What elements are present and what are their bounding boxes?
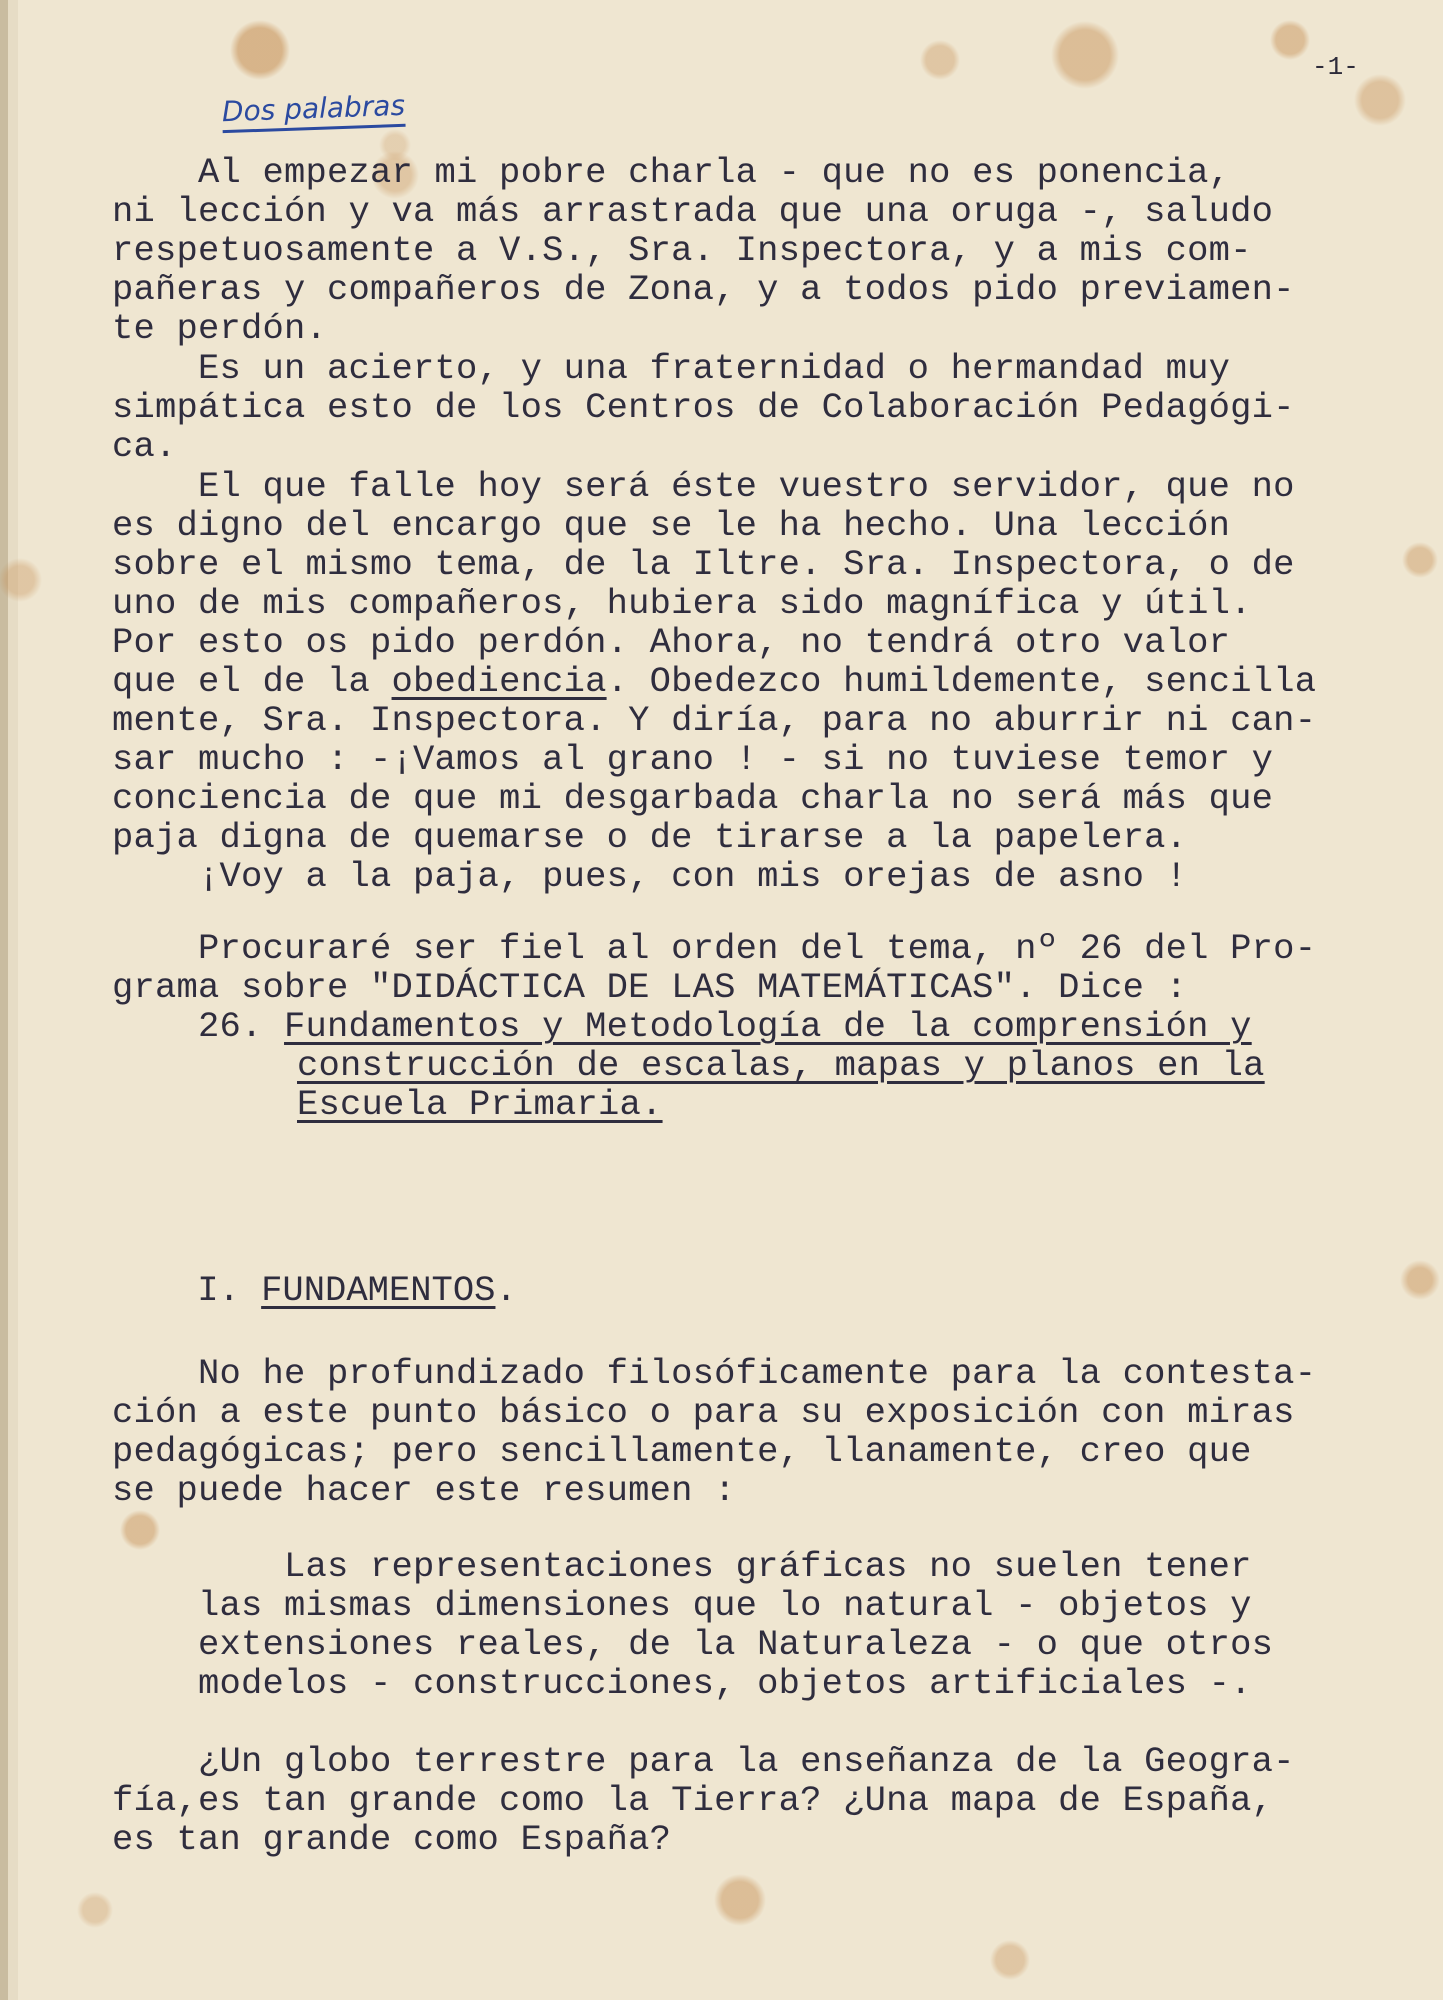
- text-line: conciencia de que mi desgarbada charla n…: [112, 780, 1273, 818]
- section-heading: I. FUNDAMENTOS.: [112, 1272, 517, 1310]
- text-line: uno de mis compañeros, hubiera sido magn…: [112, 585, 1252, 623]
- text-line: fía,es tan grande como la Tierra? ¿Una m…: [112, 1782, 1273, 1820]
- topic-title: Fundamentos y Metodología de la comprens…: [284, 1006, 1252, 1047]
- text-segment: que el de la: [112, 661, 392, 702]
- text-line: ción a este punto básico o para su expos…: [112, 1394, 1295, 1432]
- topic-title: construcción de escalas, mapas y planos …: [297, 1047, 1265, 1085]
- text-line: grama sobre "DIDÁCTICA DE LAS MATEMÁTICA…: [112, 969, 1187, 1007]
- text-line: paja digna de quemarse o de tirarse a la…: [112, 819, 1187, 857]
- text-line: ni lección y va más arrastrada que una o…: [112, 193, 1273, 231]
- text-line: ¿Un globo terrestre para la enseñanza de…: [112, 1743, 1295, 1781]
- text-line: Por esto os pido perdón. Ahora, no tendr…: [112, 624, 1230, 662]
- section-numeral: I.: [112, 1270, 261, 1311]
- text-line: pañeras y compañeros de Zona, y a todos …: [112, 271, 1295, 309]
- text-line: se puede hacer este resumen :: [112, 1472, 736, 1510]
- text-line: Al empezar mi pobre charla - que no es p…: [112, 154, 1230, 192]
- text-line: mente, Sra. Inspectora. Y diría, para no…: [112, 702, 1316, 740]
- text-line: simpática esto de los Centros de Colabor…: [112, 389, 1295, 427]
- text-line: sobre el mismo tema, de la Iltre. Sra. I…: [112, 546, 1295, 584]
- topic-line: 26. Fundamentos y Metodología de la comp…: [112, 1008, 1252, 1046]
- text-line: respetuosamente a V.S., Sra. Inspectora,…: [112, 232, 1252, 270]
- text-line: El que falle hoy será éste vuestro servi…: [112, 468, 1295, 506]
- text-line: que el de la obediencia. Obedezco humild…: [112, 663, 1316, 701]
- quote-line: las mismas dimensiones que lo natural - …: [112, 1587, 1252, 1625]
- text-line: pedagógicas; pero sencillamente, llaname…: [112, 1433, 1252, 1471]
- section-title: FUNDAMENTOS: [261, 1270, 495, 1311]
- handwritten-title: Dos palabras: [221, 89, 405, 133]
- page-number: -1-: [1312, 52, 1359, 82]
- typewritten-page: -1- Dos palabras Al empezar mi pobre cha…: [0, 0, 1443, 2000]
- text-line: No he profundizado filosóficamente para …: [112, 1355, 1316, 1393]
- text-segment: . Obedezco humildemente, sencilla: [607, 661, 1317, 702]
- text-line: ¡Voy a la paja, pues, con mis orejas de …: [112, 858, 1187, 896]
- quote-line: Las representaciones gráficas no suelen …: [112, 1548, 1252, 1586]
- quote-line: modelos - construcciones, objetos artifi…: [112, 1665, 1252, 1703]
- topic-number: 26.: [112, 1006, 284, 1047]
- text-line: es digno del encargo que se le ha hecho.…: [112, 507, 1230, 545]
- topic-title: Escuela Primaria.: [297, 1086, 663, 1124]
- text-line: ca.: [112, 428, 177, 466]
- text-line: es tan grande como España?: [112, 1821, 671, 1859]
- text-line: Es un acierto, y una fraternidad o herma…: [112, 350, 1230, 388]
- section-suffix: .: [495, 1270, 516, 1311]
- text-line: sar mucho : -¡Vamos al grano ! - si no t…: [112, 741, 1273, 779]
- quote-line: extensiones reales, de la Naturaleza - o…: [112, 1626, 1273, 1664]
- underlined-word: obediencia: [392, 661, 607, 702]
- text-line: te perdón.: [112, 310, 327, 348]
- text-line: Procuraré ser fiel al orden del tema, nº…: [112, 930, 1316, 968]
